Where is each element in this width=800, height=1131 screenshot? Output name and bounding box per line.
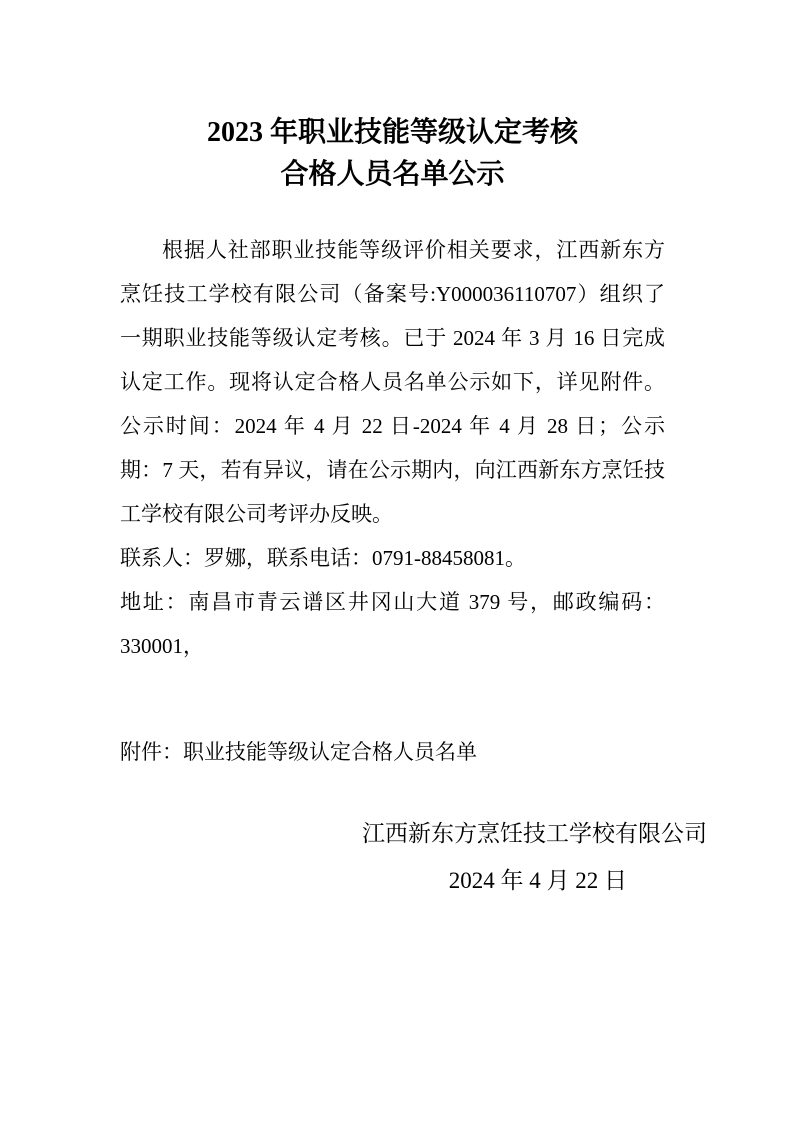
body-line-6: 期：7 天，若有异议，请在公示期内，向江西新东方烹饪技 — [120, 448, 665, 492]
body-line-8: 联系人：罗娜，联系电话：0791-88458081。 — [120, 536, 665, 580]
body-line-9: 地址：南昌市青云谱区井冈山大道 379 号，邮政编码： — [120, 580, 665, 624]
attachment-line: 附件：职业技能等级认定合格人员名单 — [120, 730, 665, 774]
body-line-10: 330001， — [120, 624, 665, 668]
signature-date: 2024 年 4 月 22 日 — [0, 859, 800, 903]
body-line-3: 一期职业技能等级认定考核。已于 2024 年 3 月 16 日完成 — [120, 316, 665, 360]
title-line-1: 2023 年职业技能等级认定考核 — [120, 112, 665, 154]
body-line-1: 根据人社部职业技能等级评价相关要求，江西新东方 — [120, 228, 665, 272]
body-line-4: 认定工作。现将认定合格人员名单公示如下，详见附件。 — [120, 360, 665, 404]
document-title: 2023 年职业技能等级认定考核 合格人员名单公示 — [120, 112, 665, 196]
title-line-2: 合格人员名单公示 — [120, 154, 665, 196]
signature-company: 江西新东方烹饪技工学校有限公司 — [0, 812, 800, 856]
signature-block: 江西新东方烹饪技工学校有限公司 2024 年 4 月 22 日 — [0, 812, 800, 903]
body-line-7: 工学校有限公司考评办反映。 — [120, 492, 665, 536]
document-body: 根据人社部职业技能等级评价相关要求，江西新东方 烹饪技工学校有限公司（备案号:Y… — [120, 228, 665, 668]
body-line-5: 公示时间：2024 年 4 月 22 日-2024 年 4 月 28 日；公示 — [120, 404, 665, 448]
notice-document-page: 2023 年职业技能等级认定考核 合格人员名单公示 根据人社部职业技能等级评价相… — [0, 0, 800, 1131]
body-line-2: 烹饪技工学校有限公司（备案号:Y000036110707）组织了 — [120, 272, 665, 316]
